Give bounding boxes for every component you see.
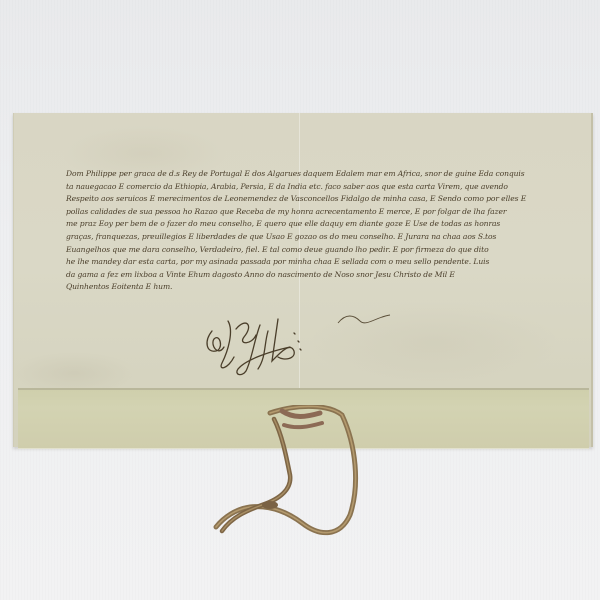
silk-cord-icon bbox=[210, 405, 390, 545]
text-line: Dom Philippe per graca de d.s Rey de Por… bbox=[66, 168, 576, 181]
text-line: me praz Eoy per bem de o fazer do meu co… bbox=[66, 218, 576, 231]
text-line: da gama a fez em lixboa a Vinte Ehum dag… bbox=[66, 269, 576, 282]
text-line: Euangelhos que me dara conselho, Verdade… bbox=[66, 244, 576, 257]
text-line: Respeito aos seruicos E merecimentos de … bbox=[66, 193, 576, 206]
text-line: graças, franquezas, preuillegios E liber… bbox=[66, 231, 576, 244]
text-line: he lhe mandey dar esta carta, por my asi… bbox=[66, 256, 576, 269]
text-line: pollas calidades de sua pessoa ho Razao … bbox=[66, 206, 576, 219]
text-line: ta nauegacao E comercio da Ethiopia, Ara… bbox=[66, 181, 576, 194]
text-line: Quinhentos Eoitenta E hum. bbox=[66, 281, 576, 294]
royal-signature-icon bbox=[194, 311, 324, 381]
flourish-icon bbox=[334, 309, 394, 329]
parchment-document: Dom Philippe per graca de d.s Rey de Por… bbox=[13, 113, 593, 447]
charter-text: Dom Philippe per graca de d.s Rey de Por… bbox=[66, 168, 576, 294]
